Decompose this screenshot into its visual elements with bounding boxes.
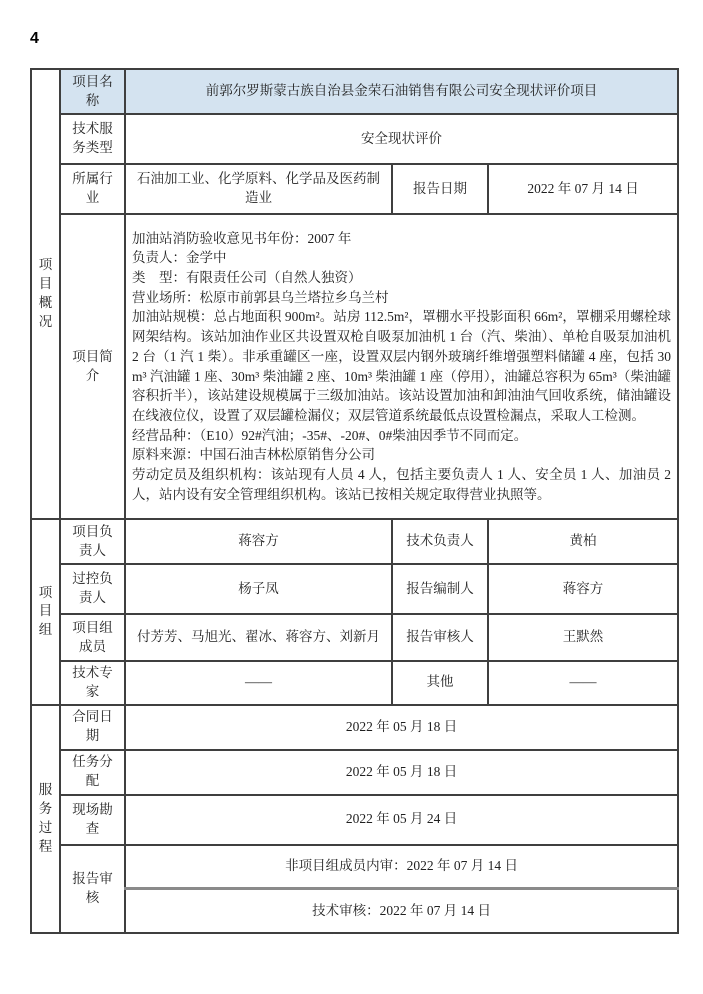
report-date-label: 报告日期: [392, 164, 488, 214]
project-name-value: 前郭尔罗斯蒙古族自治县金荣石油销售有限公司安全现状评价项目: [125, 69, 678, 114]
project-leader-value: 蒋容方: [125, 519, 392, 564]
intro-text: 加油站消防验收意见书年份：2007 年 负责人：金学中 类 型：有限责任公司（自…: [132, 229, 671, 505]
intro-label: 项目简介: [60, 214, 125, 519]
report-date-value: 2022 年 07 月 14 日: [488, 164, 678, 214]
tech-expert-label: 技术专家: [60, 661, 125, 705]
tech-leader-value: 黄柏: [488, 519, 678, 564]
intro-paragraph: 营业场所：松原市前郭县乌兰塔拉乡乌兰村: [132, 288, 671, 308]
process-control-label: 过控负责人: [60, 564, 125, 614]
intro-paragraph: 加油站消防验收意见书年份：2007 年: [132, 229, 671, 249]
tech-leader-label: 技术负责人: [392, 519, 488, 564]
report-review-label: 报告审核: [60, 845, 125, 933]
intro-paragraph: 劳动定员及组织机构：该站现有人员 4 人，包括主要负责人 1 人、安全员 1 人…: [132, 465, 671, 504]
page-number: 4: [30, 30, 39, 48]
contract-date-value: 2022 年 05 月 18 日: [125, 705, 678, 750]
task-assignment-label: 任务分配: [60, 750, 125, 795]
service-type-value: 安全现状评价: [125, 114, 678, 164]
industry-label: 所属行业: [60, 164, 125, 214]
intro-paragraph: 经营品种：（E10）92#汽油；-35#、-20#、0#柴油因季节不同而定。: [132, 426, 671, 446]
team-members-value: 付芳芳、马旭光、翟冰、蒋容方、刘新月: [125, 614, 392, 661]
intro-paragraph: 原料来源：中国石油吉林松原销售分公司: [132, 445, 671, 465]
process-control-value: 杨子凤: [125, 564, 392, 614]
section-label-process: 服务过程: [31, 705, 60, 933]
internal-review-value: 非项目组成员内审：2022 年 07 月 14 日: [125, 845, 678, 889]
project-name-label: 项目名称: [60, 69, 125, 114]
section-label-overview: 项目概况: [31, 69, 60, 519]
project-info-table: 项目概况 项目名称 前郭尔罗斯蒙古族自治县金荣石油销售有限公司安全现状评价项目 …: [30, 68, 679, 934]
intro-value: 加油站消防验收意见书年份：2007 年 负责人：金学中 类 型：有限责任公司（自…: [125, 214, 678, 519]
report-author-label: 报告编制人: [392, 564, 488, 614]
contract-date-label: 合同日期: [60, 705, 125, 750]
other-value: ——: [488, 661, 678, 705]
report-author-value: 蒋容方: [488, 564, 678, 614]
intro-paragraph: 类 型：有限责任公司（自然人独资）: [132, 268, 671, 288]
report-reviewer-label: 报告审核人: [392, 614, 488, 661]
report-reviewer-value: 王默然: [488, 614, 678, 661]
site-survey-value: 2022 年 05 月 24 日: [125, 795, 678, 845]
intro-paragraph: 负责人：金学中: [132, 248, 671, 268]
project-leader-label: 项目负责人: [60, 519, 125, 564]
industry-value: 石油加工业、化学原料、化学品及医药制造业: [125, 164, 392, 214]
task-assignment-value: 2022 年 05 月 18 日: [125, 750, 678, 795]
intro-paragraph: 加油站规模：总占地面积 900m²。站房 112.5m²，罩棚水平投影面积 66…: [132, 307, 671, 425]
team-members-label: 项目组成员: [60, 614, 125, 661]
tech-review-value: 技术审核：2022 年 07 月 14 日: [125, 889, 678, 933]
document-page: 4 项目概况 项目名称 前郭尔罗斯蒙古族自治县金荣石油销售有限公司安全现状评价项…: [0, 0, 703, 994]
service-type-label: 技术服务类型: [60, 114, 125, 164]
site-survey-label: 现场勘查: [60, 795, 125, 845]
tech-expert-value: ——: [125, 661, 392, 705]
other-label: 其他: [392, 661, 488, 705]
section-label-team: 项目组: [31, 519, 60, 705]
